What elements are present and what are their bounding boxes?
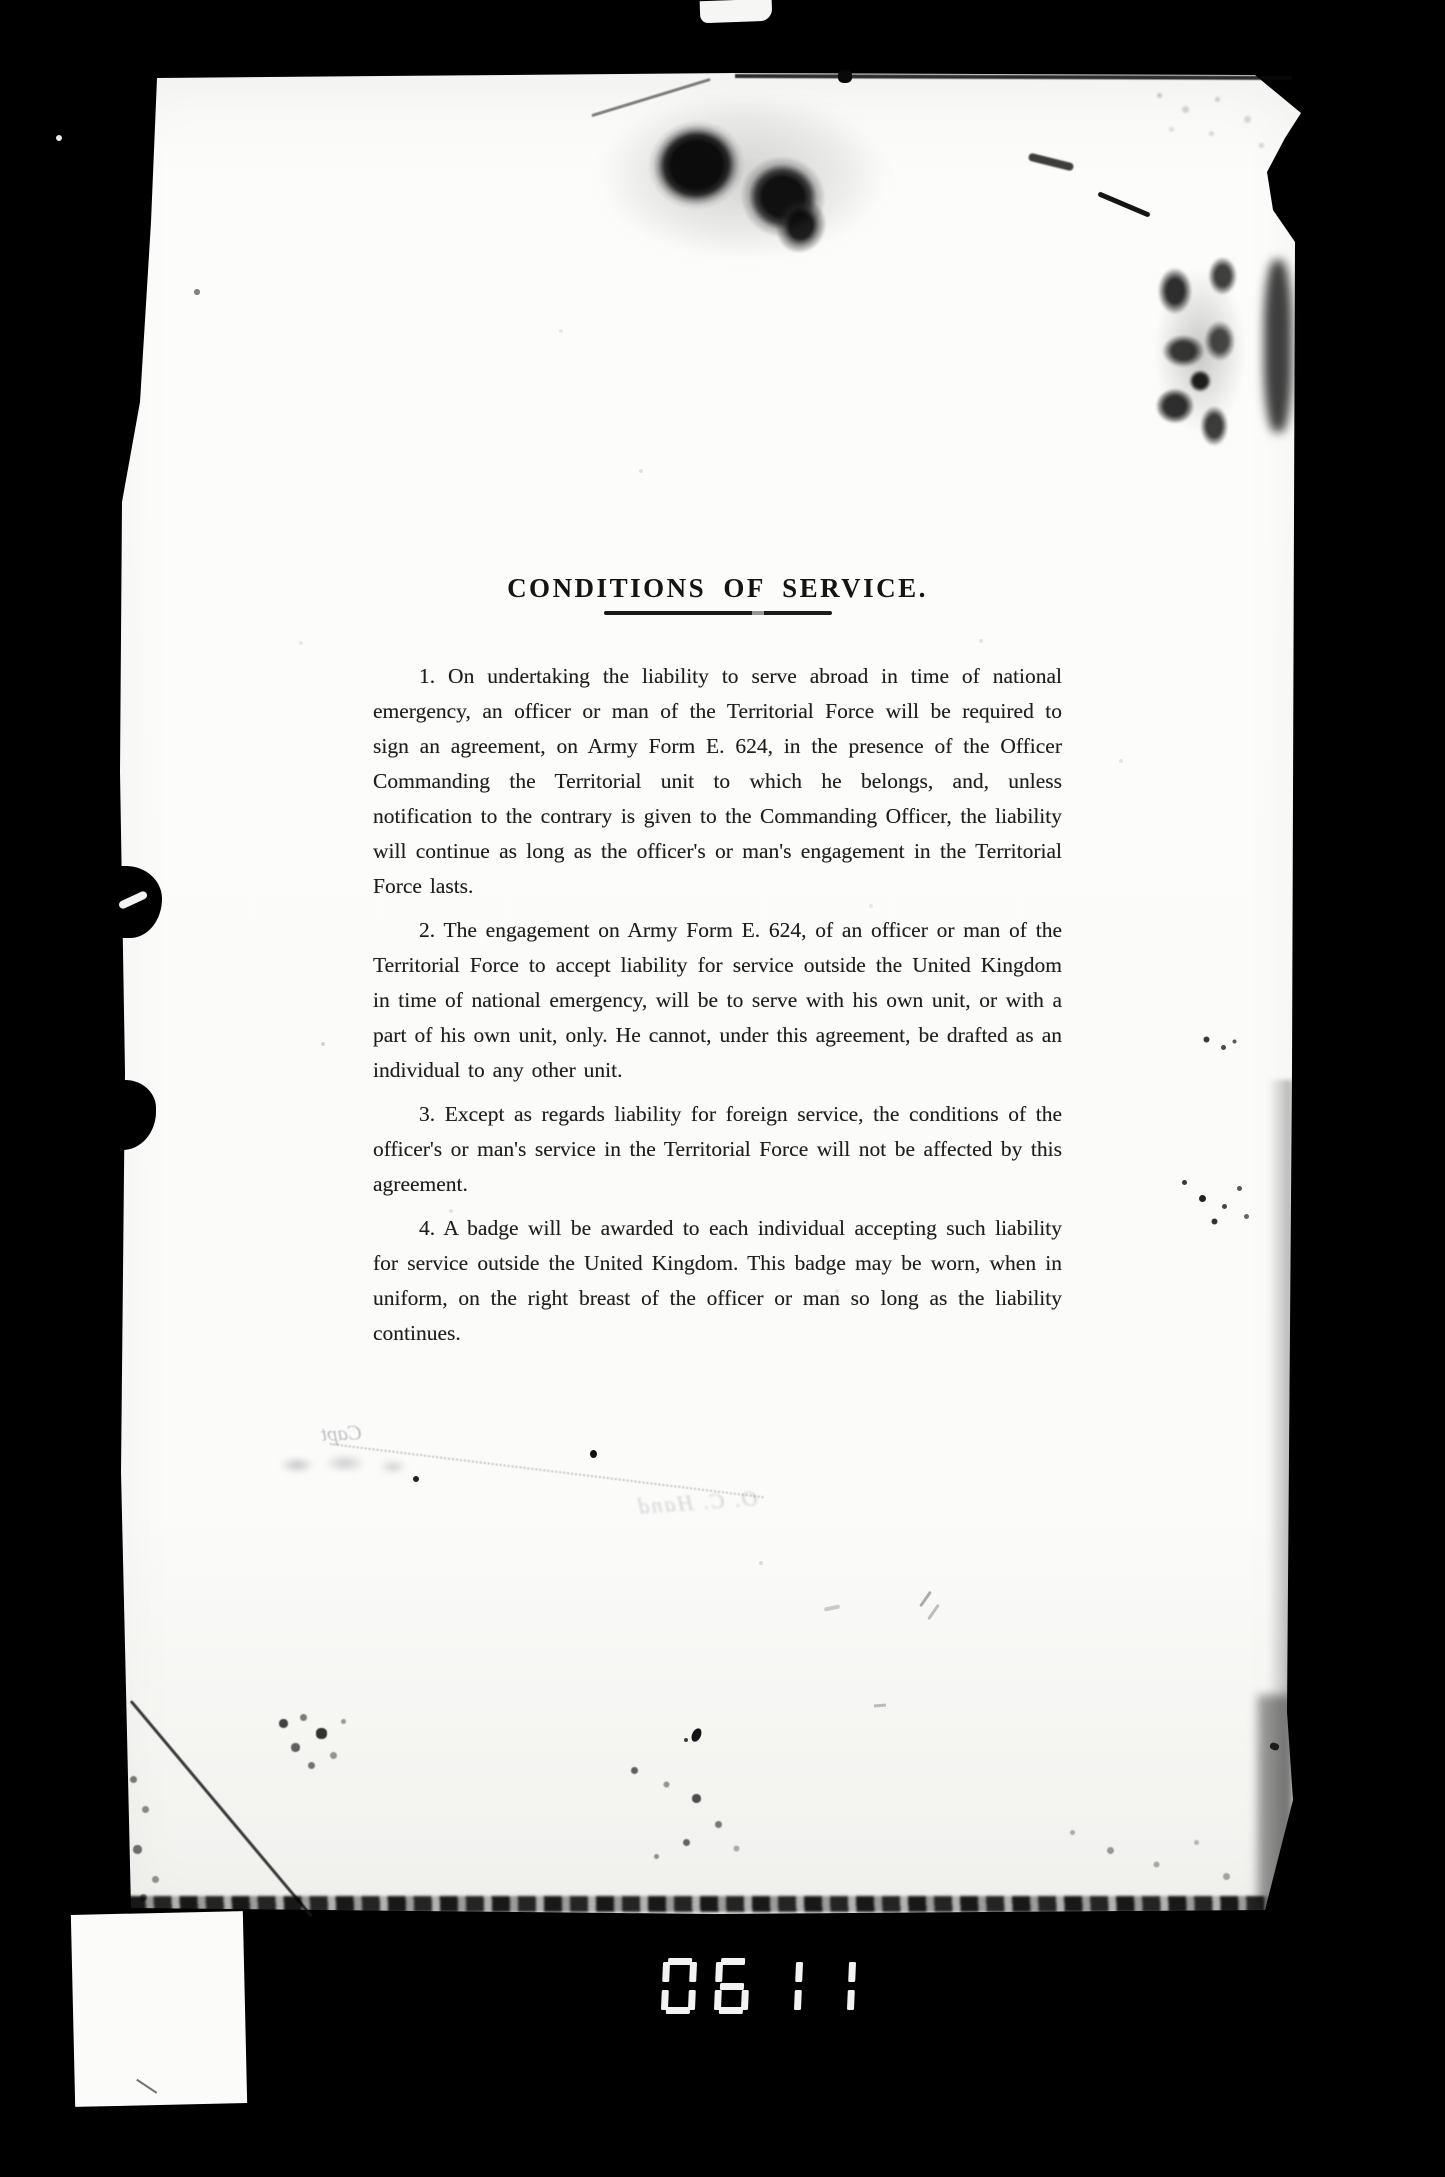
page-title: CONDITIONS OF SERVICE. [373, 573, 1062, 603]
scan-reference-card [71, 1911, 247, 2107]
right-edge-shadow-lower [1258, 1695, 1292, 1910]
document-text-column: CONDITIONS OF SERVICE. 1. On undertaking… [373, 573, 1062, 1360]
ink-comma-dot [684, 1738, 688, 1742]
edge-smear-top-right [1264, 260, 1292, 432]
counter-digit [661, 1958, 697, 2014]
counter-digit [714, 1958, 750, 2014]
counter-digit [767, 1958, 803, 2014]
mold-blotch-top-right [1133, 226, 1273, 476]
edge-speck [56, 135, 62, 141]
speckle-cluster-bottom-right [1065, 1823, 1068, 1826]
ink-specks-mid-right [1200, 1032, 1203, 1035]
paragraph-1: 1. On undertaking the liability to serve… [373, 659, 1062, 904]
counter-digit [820, 1958, 856, 2014]
paragraph-4: 4. A badge will be awarded to each indiv… [373, 1211, 1062, 1351]
scanned-page-frame: CONDITIONS OF SERVICE. 1. On undertaking… [0, 0, 1445, 2177]
top-edge-blob [838, 70, 852, 83]
frame-counter [662, 1958, 855, 2014]
paper-grain [0, 0, 2, 2]
paragraph-3: 3. Except as regards liability for forei… [373, 1097, 1062, 1202]
speckles-top-right [1150, 88, 1153, 91]
ink-specks-right-cluster [1183, 1175, 1186, 1178]
ink-dot [590, 1450, 597, 1458]
title-rule [604, 611, 832, 615]
bottom-edge-fringe [128, 1896, 1292, 1912]
speckle-cluster-bottom-left [272, 1710, 275, 1713]
ink-dot-small [413, 1476, 419, 1482]
scan-card-mark [136, 2079, 157, 2094]
paragraph-2: 2. The engagement on Army Form E. 624, o… [373, 913, 1062, 1088]
speckle-cluster-left-edge [128, 1768, 131, 1771]
paper-tab-top [700, 0, 773, 23]
speckle-cluster-mid-bottom [625, 1763, 628, 1766]
